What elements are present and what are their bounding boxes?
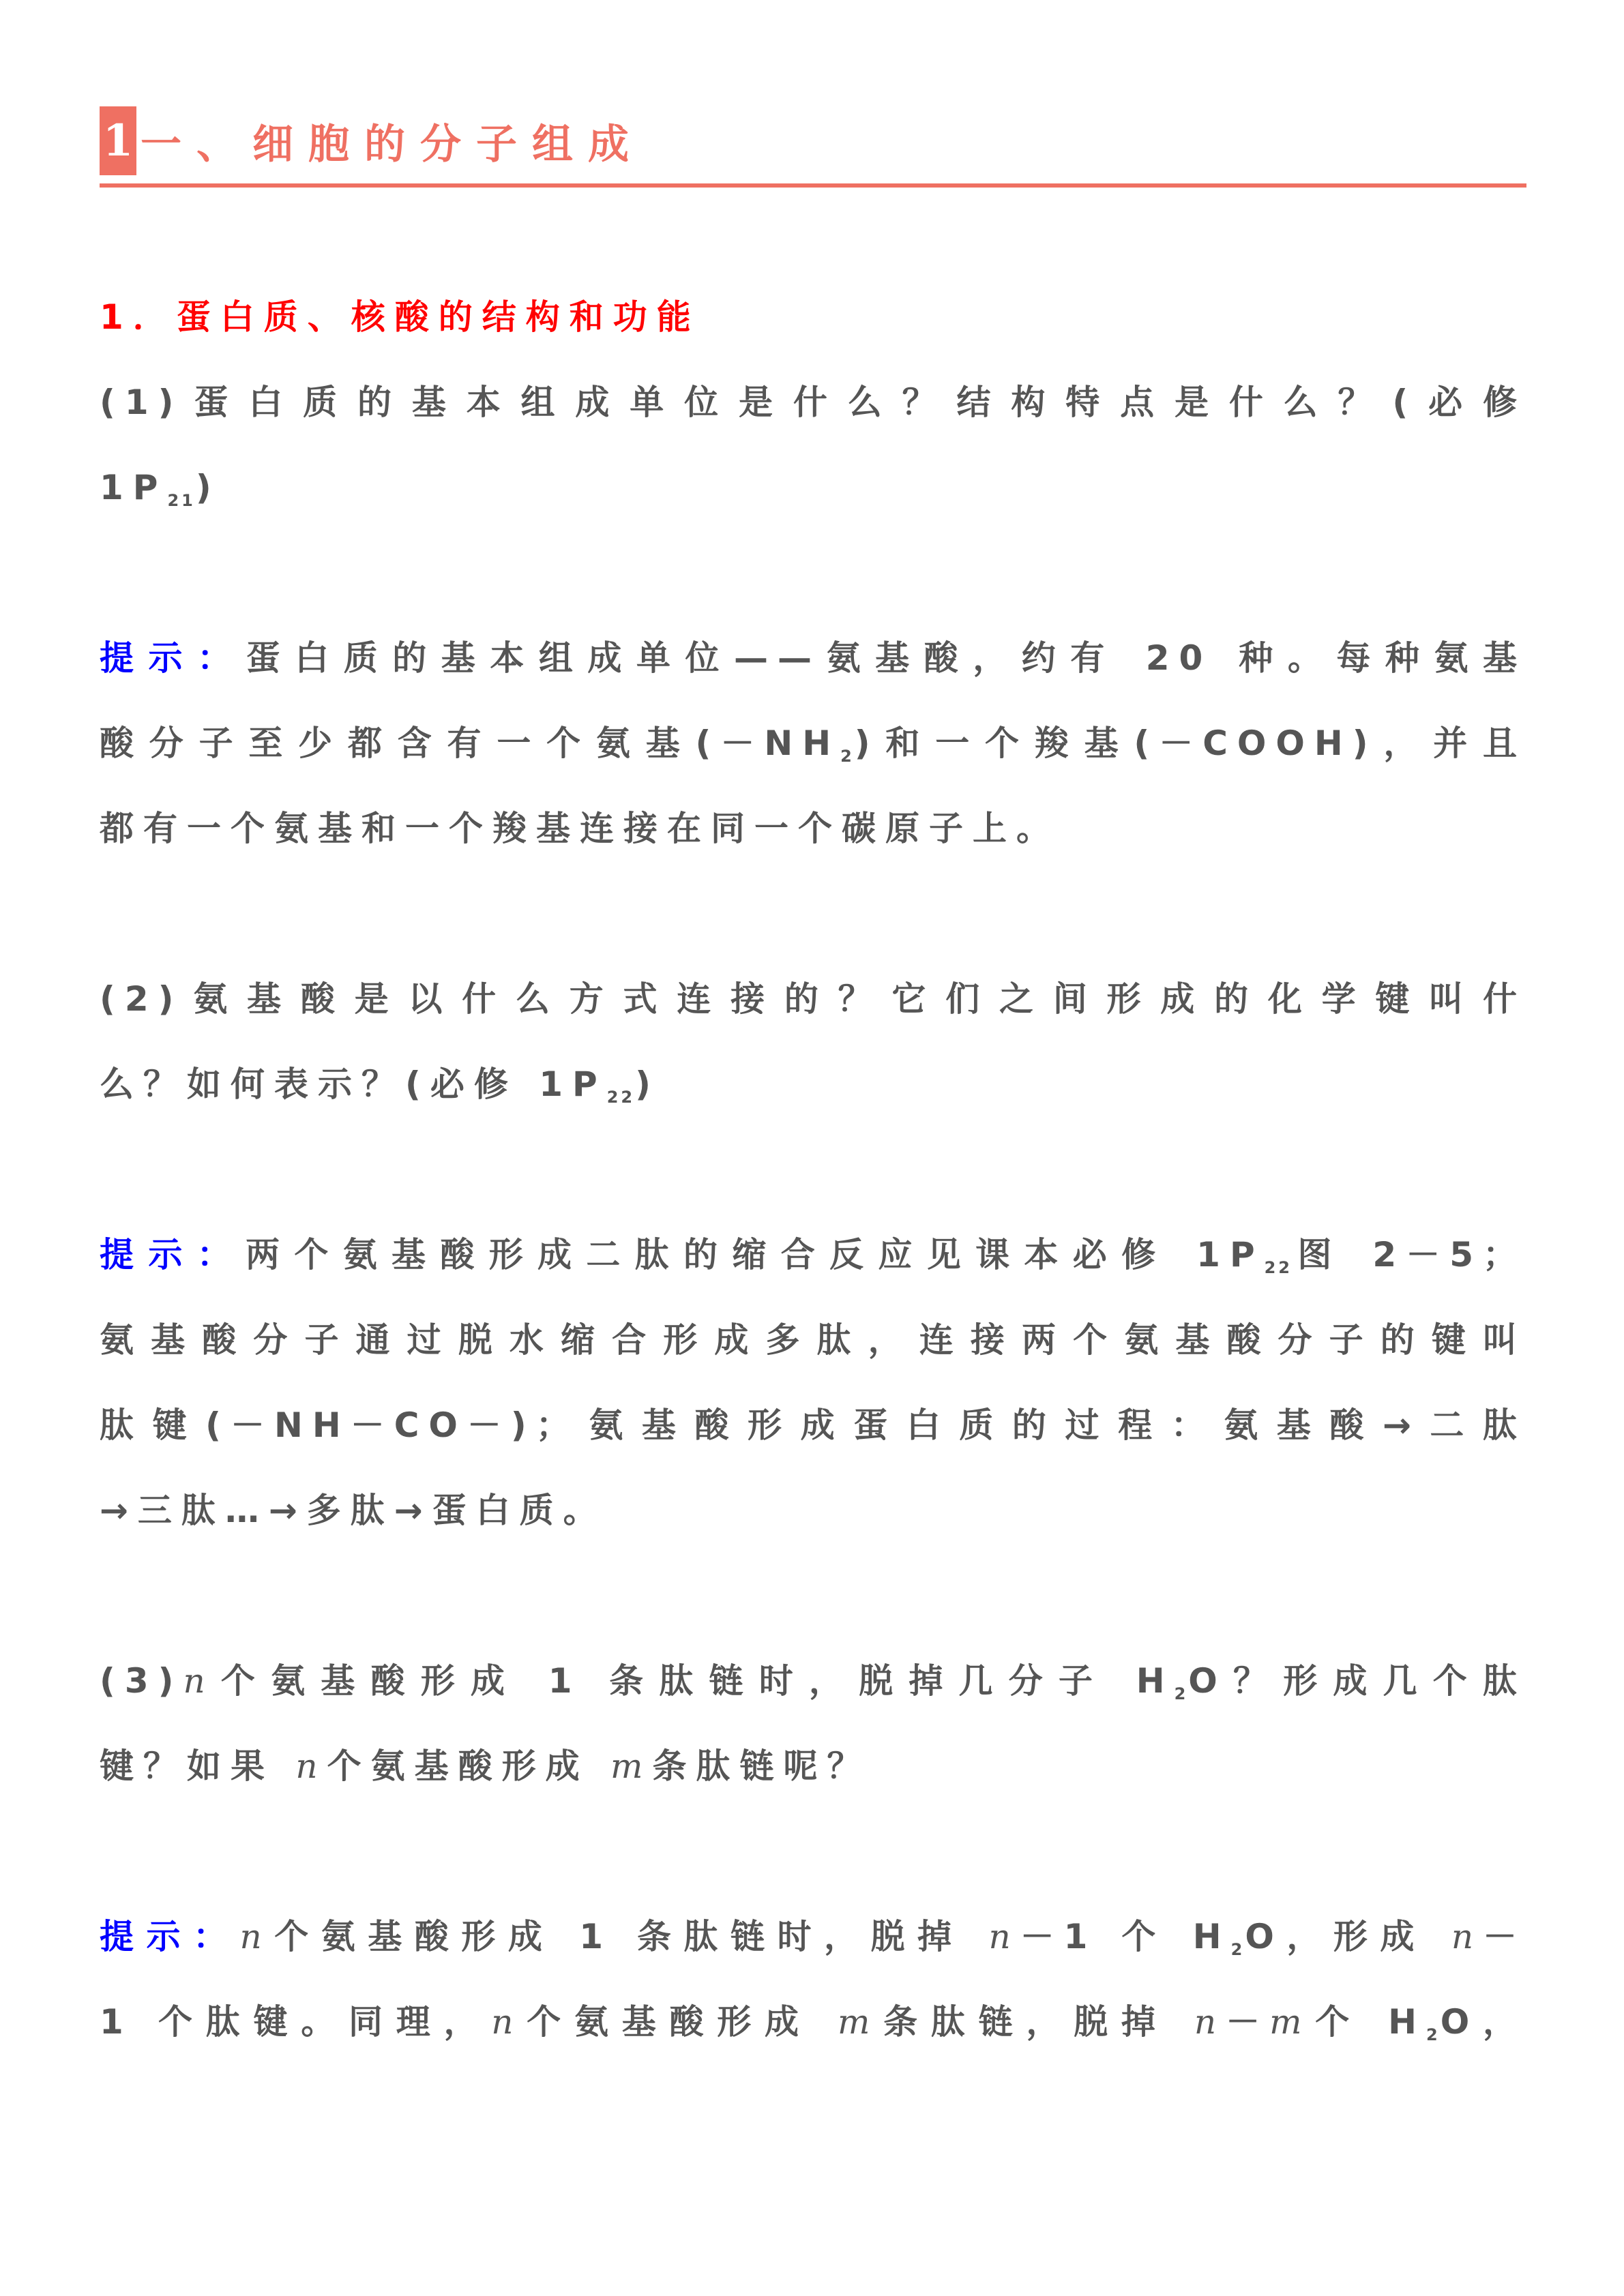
- section-divider: [100, 183, 1526, 188]
- hint-text: －: [1226, 2002, 1269, 2042]
- hint-2-line-2: 氨基酸分子通过脱水缩合形成多肽，连接两个氨基酸分子的键叫: [100, 1316, 1526, 1364]
- hint-text: O，形成: [1245, 1917, 1451, 1956]
- hint-text: 1 个肽键。同理，: [100, 2002, 491, 2042]
- question-2-line-2: 么？如何表示？(必修 1P22): [100, 1060, 1526, 1108]
- hint-text: )和一个羧基(－COOH)，并且: [855, 724, 1526, 763]
- page-subscript: 22: [607, 1088, 635, 1107]
- hint-1-line-1: 提示：蛋白质的基本组成单位——氨基酸，约有 20 种。每种氨基: [100, 634, 1526, 682]
- var-n: n: [295, 1746, 327, 1786]
- section-title: 一、细胞的分子组成: [141, 112, 644, 170]
- hint-text: 酸分子至少都含有一个氨基(－NH: [100, 724, 840, 763]
- subscript: 2: [1426, 2025, 1441, 2044]
- var-n: n: [988, 1917, 1020, 1956]
- question-id: (3): [100, 1661, 183, 1701]
- var-m: m: [838, 2002, 879, 2042]
- var-n: n: [240, 1917, 271, 1956]
- ref-close: ): [196, 468, 221, 507]
- hint-text: －: [1483, 1917, 1526, 1956]
- hint-2-line-1: 提示：两个氨基酸形成二肽的缩合反应见课本必修 1P22图 2－5；: [100, 1231, 1526, 1279]
- question-3-line-1: (3)n个氨基酸形成 1 条肽链时，脱掉几分子 H2O？形成几个肽: [100, 1657, 1526, 1705]
- section-header: 1 一、细胞的分子组成: [100, 106, 644, 175]
- subscript: 2: [840, 747, 855, 766]
- var-n: n: [183, 1661, 215, 1701]
- hint-text: 条肽链，脱掉: [879, 2002, 1194, 2042]
- hint-text: 蛋白质的基本组成单位——氨基酸，约有 20 种。每种氨基: [246, 638, 1526, 678]
- ref-close: ): [635, 1064, 660, 1104]
- section-number-badge: 1: [100, 106, 136, 175]
- hint-text: 两个氨基酸形成二肽的缩合反应见课本必修 1P: [246, 1235, 1265, 1274]
- var-m: m: [610, 1746, 652, 1786]
- hint-text: －1 个 H: [1020, 1917, 1231, 1956]
- var-n: n: [1451, 1917, 1483, 1956]
- var-m: m: [1269, 2002, 1311, 2042]
- var-n: n: [491, 2002, 522, 2042]
- document-page: 1 一、细胞的分子组成 1．蛋白质、核酸的结构和功能 (1)蛋白质的基本组成单位…: [0, 0, 1624, 2296]
- hint-1-line-2: 酸分子至少都含有一个氨基(－NH2)和一个羧基(－COOH)，并且: [100, 719, 1526, 767]
- hint-2-line-3: 肽键(－NH－CO－)；氨基酸形成蛋白质的过程：氨基酸→二肽: [100, 1401, 1526, 1449]
- hint-1-line-3: 都有一个氨基和一个羧基连接在同一个碳原子上。: [100, 805, 1526, 852]
- page-subscript: 22: [1265, 1258, 1293, 1277]
- hint-text: 图 2－5；: [1293, 1235, 1526, 1274]
- question-ref: 1P: [100, 468, 167, 507]
- question-text: 个氨基酸形成: [327, 1746, 610, 1786]
- question-text: 么？如何表示？(必修 1P: [100, 1064, 607, 1104]
- hint-3-line-1: 提示：n个氨基酸形成 1 条肽链时，脱掉 n－1 个 H2O，形成 n－: [100, 1913, 1526, 1960]
- hint-label: 提示：: [100, 638, 246, 678]
- hint-3-line-2: 1 个肽键。同理，n个氨基酸形成 m条肽链，脱掉 n－m个 H2O，: [100, 1998, 1526, 2046]
- question-1-line-1: (1)蛋白质的基本组成单位是什么？结构特点是什么？(必修: [100, 378, 1526, 426]
- subscript: 2: [1175, 1684, 1189, 1703]
- hint-2-line-4: →三肽…→多肽→蛋白质。: [100, 1487, 1526, 1534]
- subsection-title: 1．蛋白质、核酸的结构和功能: [100, 293, 1526, 341]
- question-3-line-2: 键？如果 n个氨基酸形成 m条肽链呢？: [100, 1742, 1526, 1790]
- hint-text: 个 H: [1311, 2002, 1426, 2042]
- question-text: 条肽链呢？: [652, 1746, 870, 1786]
- hint-text: O，: [1441, 2002, 1526, 2042]
- question-1-line-2: 1P21): [100, 464, 1526, 511]
- page-subscript: 21: [167, 491, 195, 510]
- question-text: 个氨基酸形成 1 条肽链时，脱掉几分子 H: [215, 1661, 1175, 1701]
- hint-label: 提示：: [100, 1235, 246, 1274]
- question-text: O？形成几个肽: [1188, 1661, 1526, 1701]
- var-n: n: [1194, 2002, 1226, 2042]
- subscript: 2: [1231, 1940, 1245, 1959]
- hint-text: 个氨基酸形成: [522, 2002, 837, 2042]
- question-text: 键？如果: [100, 1746, 295, 1786]
- hint-text: 个氨基酸形成 1 条肽链时，脱掉: [271, 1917, 989, 1956]
- question-2-line-1: (2)氨基酸是以什么方式连接的？它们之间形成的化学键叫什: [100, 975, 1526, 1023]
- hint-label: 提示：: [100, 1917, 240, 1956]
